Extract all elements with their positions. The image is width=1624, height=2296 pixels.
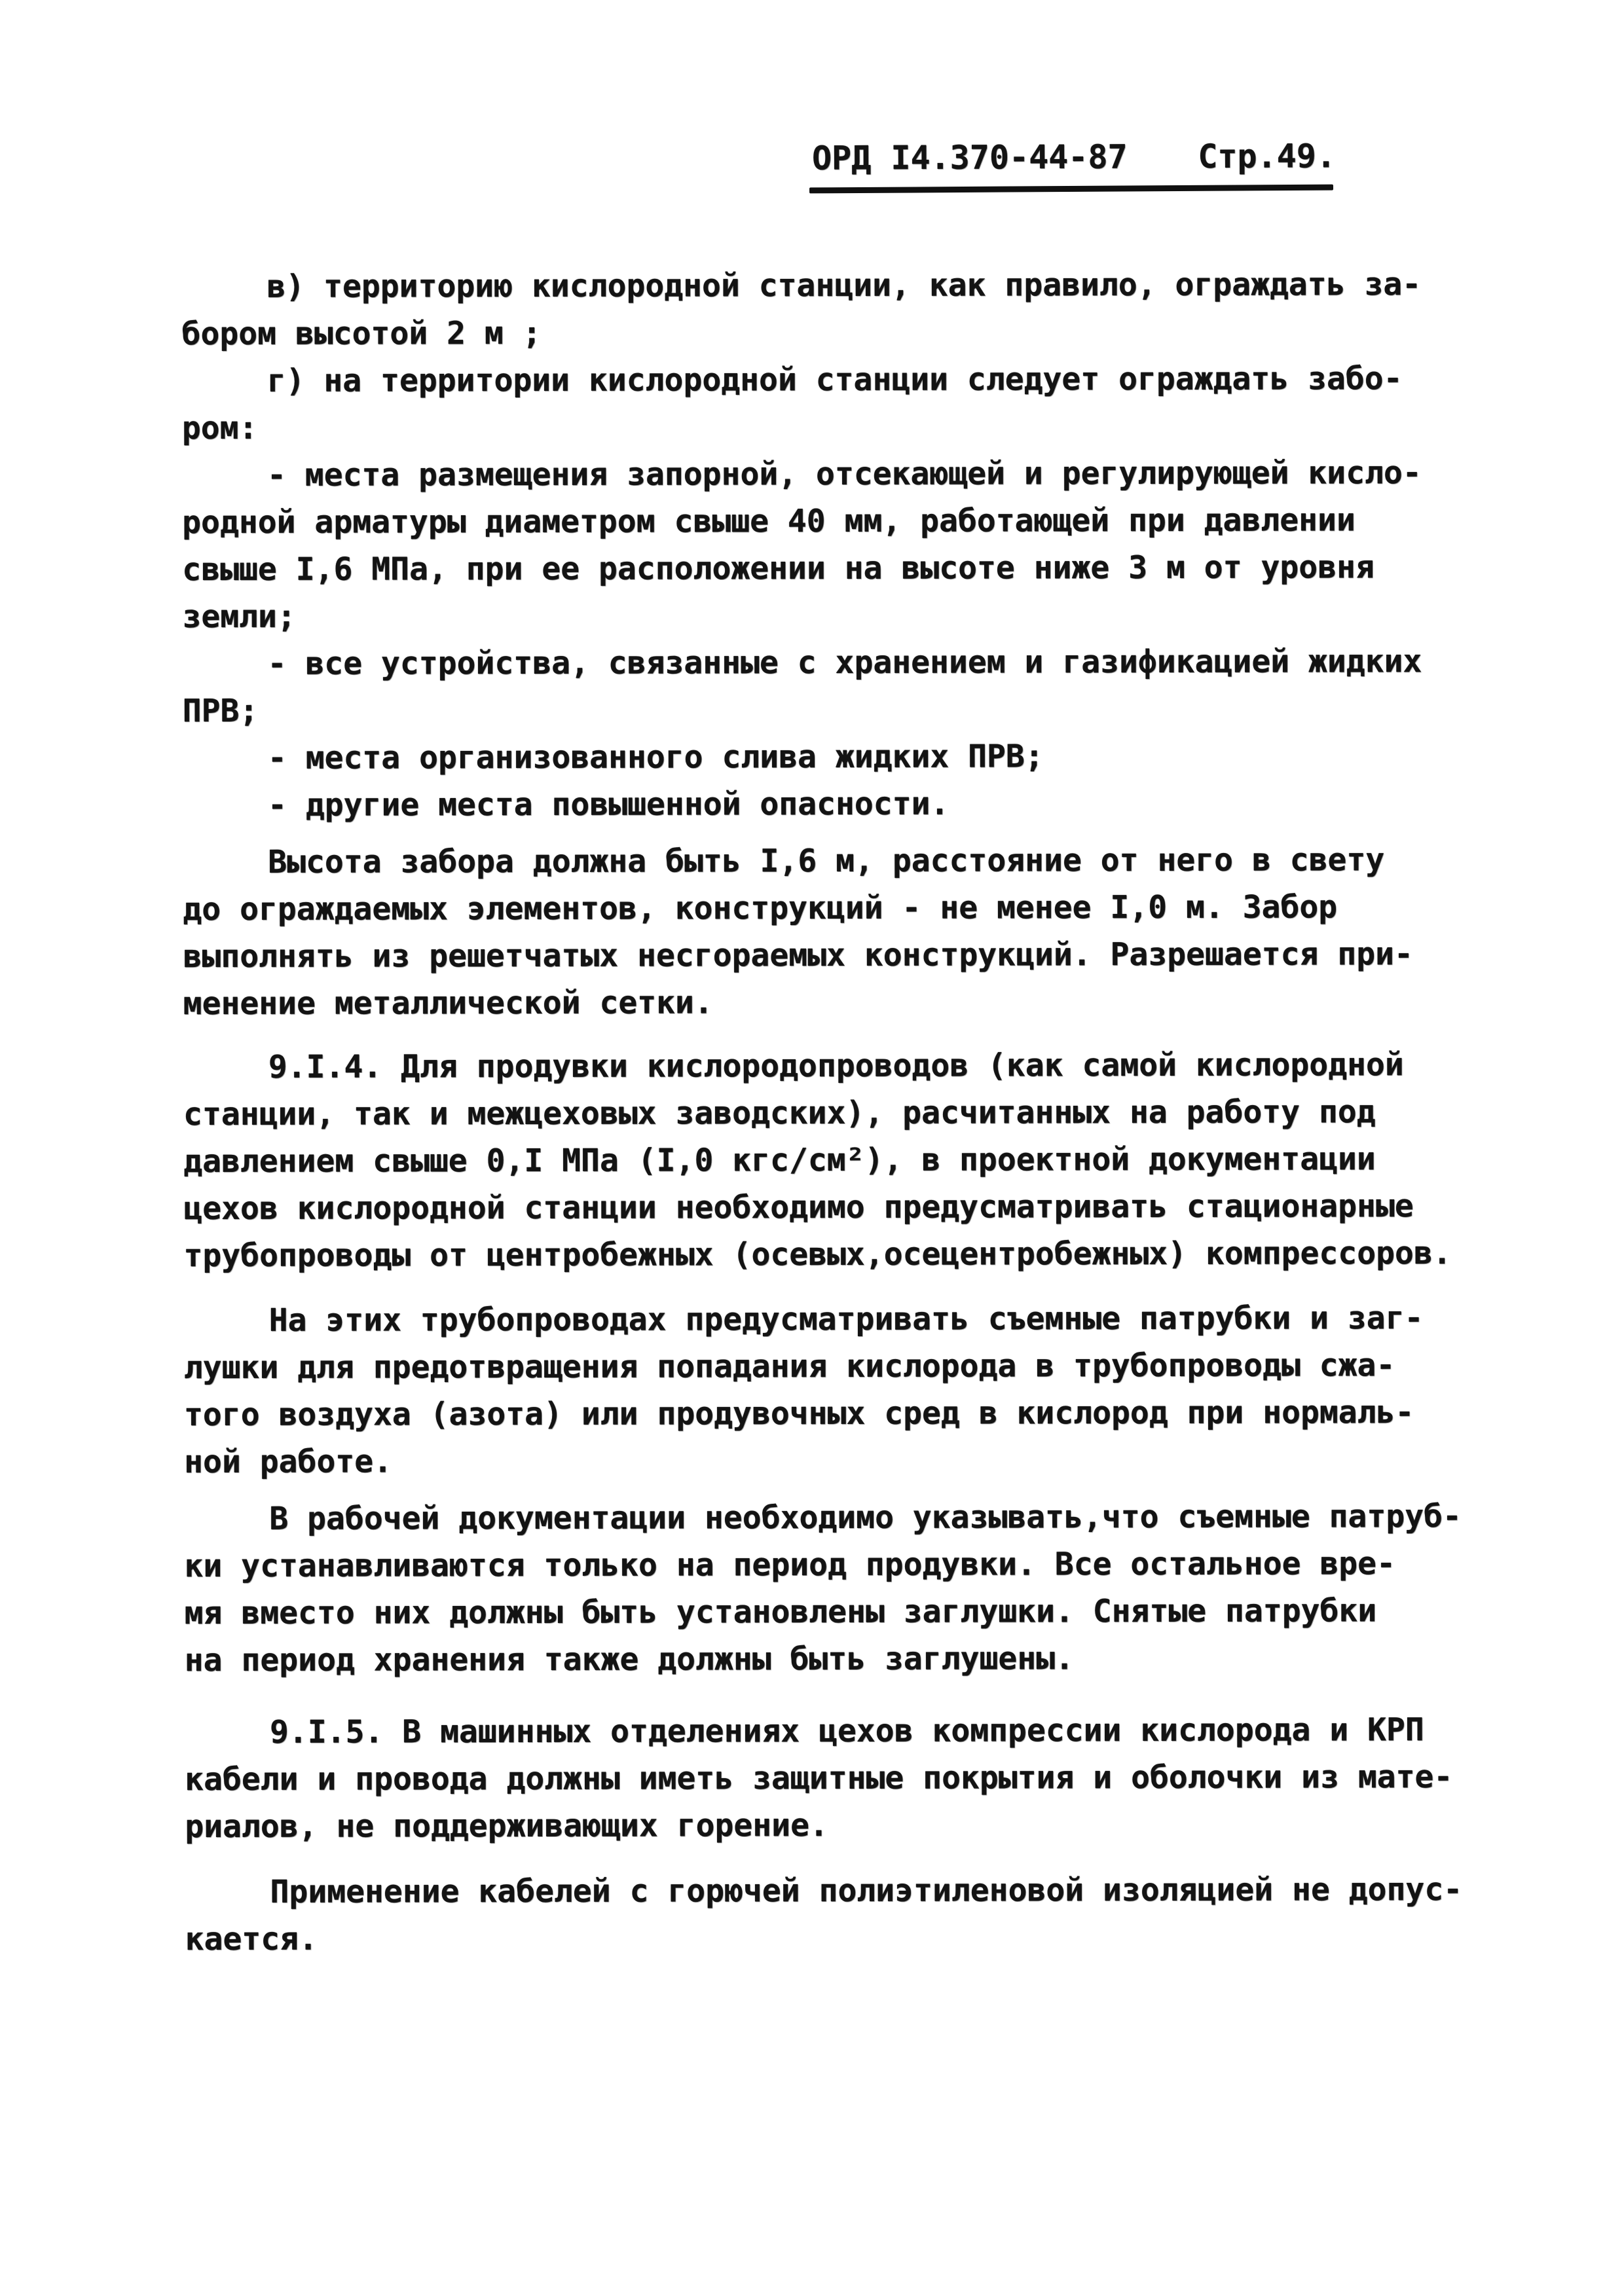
paragraph-para-9-1-4-removable-nozzles: На этих трубопроводах предусматривать съ… — [184, 1294, 1501, 1485]
scanned-document-page: ОРД I4.370-44-87 Стр.49. в) территорию к… — [0, 0, 1624, 2296]
text-line: цехов кислородной станции необходимо пре… — [183, 1182, 1500, 1232]
paragraph-dash-item-1: - места размещения запорной, отсекающей … — [182, 449, 1499, 640]
text-line: менение металлической сетки. — [183, 977, 1500, 1027]
text-line: На этих трубопроводах предусматривать съ… — [184, 1294, 1500, 1344]
paragraph-dash-item-4: - другие места повышенной опасности. — [183, 779, 1499, 829]
text-line: земли; — [182, 591, 1498, 640]
text-line: - все устройства, связанные с хранением … — [182, 638, 1498, 687]
paragraph-para-9-1-4: 9.I.4. Для продувки кислородопроводов (к… — [183, 1041, 1500, 1279]
text-line: свыше I,6 МПа, при ее расположении на вы… — [182, 543, 1498, 593]
text-line: риалов, не поддерживающих горение. — [185, 1800, 1501, 1850]
text-line: Применение кабелей с горючей полиэтилено… — [185, 1866, 1501, 1916]
text-line: - места организованного слива жидких ПРВ… — [183, 732, 1499, 782]
paragraph-para-fence-height: Высота забора должна быть I,6 м, расстоя… — [183, 836, 1500, 1027]
document-body: в) территорию кислородной станции, как п… — [181, 261, 1501, 1963]
text-line: станции, так и межцеховых заводских), ра… — [183, 1088, 1500, 1138]
text-line: 9.I.4. Для продувки кислородопроводов (к… — [183, 1041, 1500, 1091]
text-line: Высота забора должна быть I,6 м, расстоя… — [183, 836, 1499, 886]
text-line: 9.I.5. В машинных отделениях цехов компр… — [185, 1706, 1501, 1756]
text-line: родной арматуры диаметром свыше 40 мм, р… — [182, 496, 1498, 546]
text-line: на период хранения также должны быть заг… — [185, 1634, 1501, 1684]
text-line: в) территорию кислородной станции, как п… — [181, 261, 1498, 310]
text-line: ки устанавливаются только на период прод… — [184, 1540, 1500, 1590]
text-line: ной работе. — [184, 1436, 1500, 1485]
text-line: ПРВ; — [183, 685, 1499, 735]
text-line: кается. — [185, 1913, 1502, 1963]
text-line: лушки для предотвращения попадания кисло… — [184, 1341, 1500, 1391]
text-line: давлением свыше 0,I МПа (I,0 кгс/см²), в… — [183, 1135, 1500, 1185]
text-line: бором высотой 2 м ; — [181, 308, 1498, 357]
text-line: до ограждаемых элементов, конструкций - … — [183, 883, 1499, 933]
text-line: трубопроводы от центробежных (осевых,осе… — [183, 1230, 1500, 1279]
text-line: - места размещения запорной, отсекающей … — [182, 449, 1498, 499]
page-number-label: Стр.49. — [1198, 137, 1336, 175]
text-line: г) на территории кислородной станции сле… — [182, 355, 1498, 405]
page-header: ОРД I4.370-44-87 Стр.49. — [812, 137, 1336, 176]
header-underline — [809, 185, 1333, 194]
text-line: ром: — [182, 402, 1498, 452]
text-line: - другие места повышенной опасности. — [183, 779, 1499, 829]
paragraph-dash-item-2: - все устройства, связанные с хранением … — [182, 638, 1498, 735]
paragraph-para-9-1-5: 9.I.5. В машинных отделениях цехов компр… — [185, 1706, 1501, 1850]
paragraph-dash-item-3: - места организованного слива жидких ПРВ… — [183, 732, 1499, 782]
text-line: того воздуха (азота) или продувочных сре… — [184, 1389, 1500, 1438]
document-code: ОРД I4.370-44-87 — [812, 139, 1128, 177]
paragraph-para-9-1-4-working-docs: В рабочей документации необходимо указыв… — [184, 1493, 1501, 1684]
text-line: кабели и провода должны иметь защитные п… — [185, 1753, 1501, 1803]
text-line: мя вместо них должны быть установлены за… — [185, 1587, 1501, 1637]
paragraph-item-g: г) на территории кислородной станции сле… — [182, 355, 1498, 452]
paragraph-item-v: в) территорию кислородной станции, как п… — [181, 261, 1498, 357]
paragraph-para-9-1-5-cables: Применение кабелей с горючей полиэтилено… — [185, 1866, 1501, 1963]
text-line: выполнять из решетчатых несгораемых конс… — [183, 930, 1499, 980]
text-line: В рабочей документации необходимо указыв… — [184, 1493, 1500, 1542]
